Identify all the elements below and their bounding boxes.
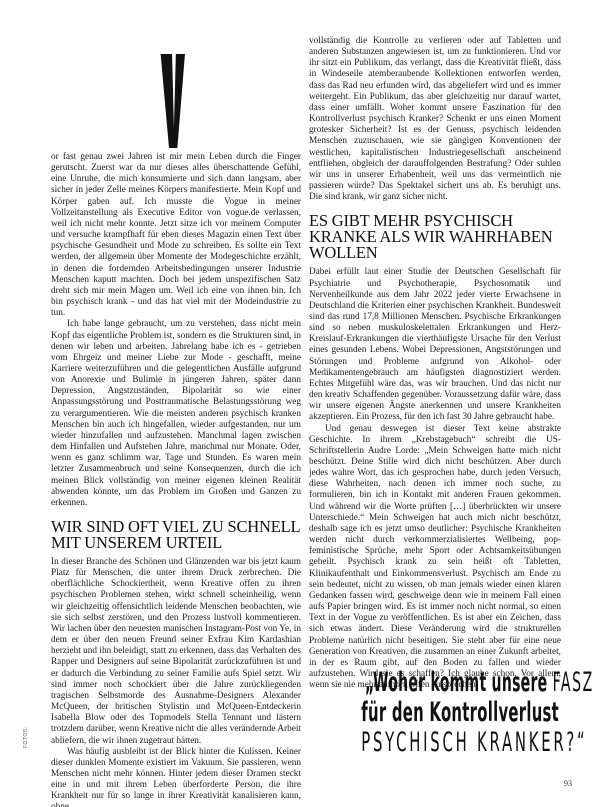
pull-quote-text: „Woher kommt unsere: [365, 667, 553, 698]
magazine-page: or fast genau zwei Jahren ist mir mein L…: [0, 0, 595, 807]
page-number: 93: [564, 779, 572, 788]
paragraph-intro: or fast genau zwei Jahren ist mir mein L…: [51, 152, 301, 319]
paragraph: Was häufig ausbleibt ist der Blick hinte…: [51, 747, 301, 807]
pull-quote-line: PSYCHISCH KRANKER?“: [361, 728, 499, 758]
drop-cap-v: [150, 50, 167, 150]
section-heading: WIR SIND OFT VIEL ZU SCHNELL MIT UNSEREM…: [51, 519, 301, 551]
pull-quote-line: für den Kontrollverlust: [361, 698, 499, 728]
photo-credit: FOTOS:: [23, 726, 29, 748]
paragraph: Dabei erfüllt laut einer Studie der Deut…: [309, 267, 561, 423]
pull-quote: „Woher kommt unsere FASZINATION, für den…: [305, 668, 555, 758]
pull-quote-line: „Woher kommt unsere FASZINATION,: [365, 668, 495, 698]
paragraph: In dieser Branche des Schönen und Glänze…: [51, 557, 301, 747]
drop-cap-glyph: [150, 50, 194, 150]
right-column: vollständig die Kontrolle zu verlieren o…: [309, 36, 561, 691]
paragraph: Ich habe lange gebraucht, um zu verstehe…: [51, 319, 301, 509]
pull-quote-emphasis: FASZINATION: [553, 667, 595, 698]
paragraph: Und genau deswegen ist dieser Text keine…: [309, 424, 561, 692]
paragraph: vollständig die Kontrolle zu verlieren o…: [309, 36, 561, 203]
left-column: or fast genau zwei Jahren ist mir mein L…: [51, 152, 301, 807]
section-heading: ES GIBT MEHR PSYCHISCH KRANKE ALS WIR WA…: [309, 213, 561, 261]
